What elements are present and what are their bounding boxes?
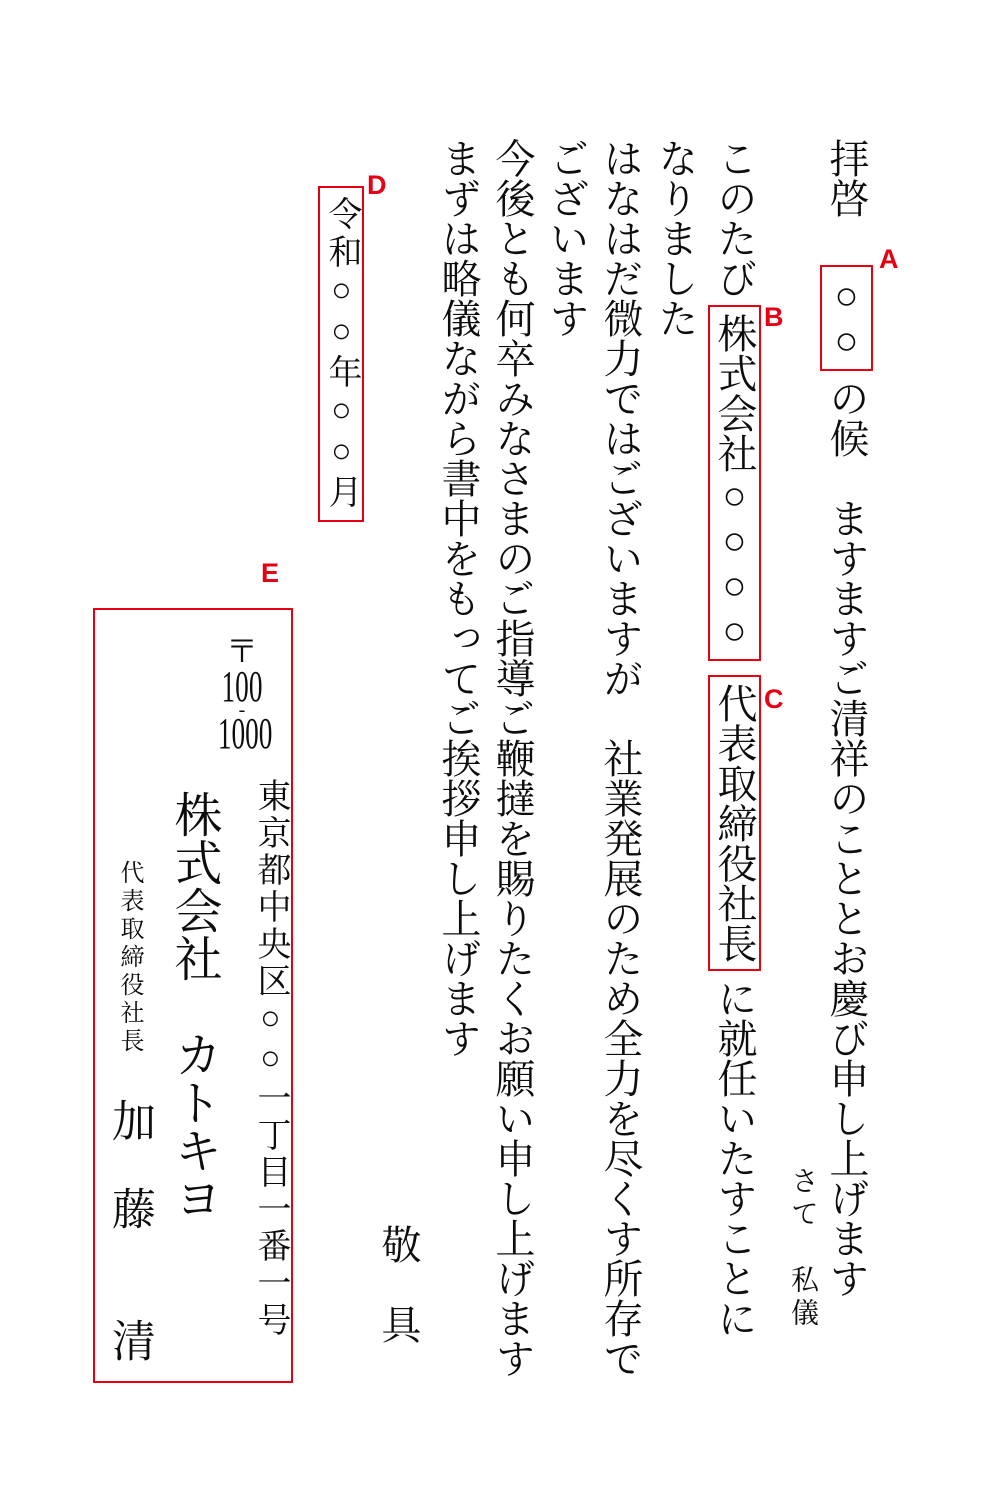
- sender-title-name-column: 代表取締役社長加 藤 清: [107, 860, 151, 1362]
- sender-name: 加 藤 清: [105, 1098, 154, 1362]
- season-placeholder-box: ○○: [820, 265, 873, 371]
- sender-title: 代表取締役社長: [116, 860, 142, 1056]
- annotation-label-a: A: [879, 246, 899, 273]
- postal-code-bottom: 1000: [218, 716, 266, 752]
- season-placeholder-text: ○○: [824, 273, 869, 363]
- closing-remark-column: まずは略儀ながら書中をもってご挨拶申し上げます: [438, 138, 478, 1058]
- title-placeholder-box: 代表取締役社長: [708, 675, 761, 971]
- annotation-label-c: C: [764, 686, 784, 713]
- opening-column: 拝啓 ○○の候 ますますご清祥のこととお慶び申し上げます: [826, 138, 866, 1298]
- closing-word: 敬 具: [378, 1224, 418, 1344]
- annotation-label-d: D: [367, 172, 387, 199]
- date-placeholder-box: 令和○○年○○月: [318, 186, 364, 522]
- humble-effort-column: はなはだ微力ではございますが 社業発展のため全力を尽くす所存で: [600, 138, 640, 1378]
- appointment-lead: このたび: [712, 138, 757, 298]
- annotation-label-b: B: [764, 304, 784, 331]
- sender-company: 株式会社 カトキヨ: [169, 790, 217, 1222]
- company-placeholder-text: 株式会社○○○○: [712, 313, 757, 653]
- narimashita-column: なりました: [655, 138, 695, 338]
- postal-code-block: 〒 100 - 1000: [203, 634, 281, 752]
- appointment-column: このたび株式会社○○○○代表取締役社長に就任いたすことに: [714, 138, 754, 1338]
- opening-word: 拝啓: [824, 138, 869, 258]
- opening-greeting: の候 ますますご清祥のこととお慶び申し上げます: [824, 378, 869, 1298]
- annotation-label-e: E: [261, 560, 279, 587]
- letter-proof-page: 拝啓 ○○の候 ますますご清祥のこととお慶び申し上げます A さて 私儀 このた…: [0, 0, 1000, 1497]
- sender-block-box: 〒 100 - 1000 東京都中央区○○一丁目一番一号 株式会社 カトキヨ 代…: [93, 608, 293, 1383]
- transition-column: さて 私儀: [788, 1166, 816, 1331]
- company-placeholder-box: 株式会社○○○○: [708, 305, 761, 661]
- title-placeholder-text: 代表取締役社長: [712, 683, 757, 963]
- appointment-tail: に就任いたすことに: [712, 978, 757, 1338]
- gozaimasu-column: ございます: [546, 138, 586, 338]
- guidance-request-column: 今後とも何卒みなさまのご指導ご鞭撻を賜りたくお願い申し上げます: [492, 138, 532, 1378]
- sender-address: 東京都中央区○○一丁目一番一号: [253, 778, 287, 1339]
- postal-code-top: 100: [218, 669, 266, 705]
